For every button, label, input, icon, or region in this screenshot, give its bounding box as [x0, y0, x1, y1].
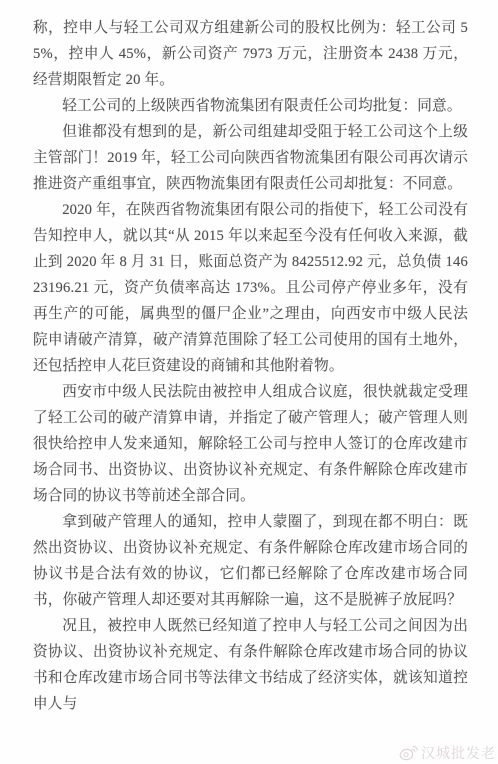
- paragraph: 况且，被控申人既然已经知道了控申人与轻工公司之间因为出资协议、出资协议补充规定、…: [33, 613, 468, 717]
- paragraph: 但谁都没有想到的是，新公司组建却受阻于轻工公司这个上级主管部门！2019 年，轻…: [33, 119, 468, 197]
- paragraph: 西安市中级人民法院由被控申人组成合议庭，很快就裁定受理了轻工公司的破产清算申请，…: [33, 379, 468, 509]
- paragraph: 轻工公司的上级陕西省物流集团有限责任公司均批复：同意。: [33, 93, 468, 119]
- document-page: 称，控申人与轻工公司双方组建新公司的股权比例为：轻工公司 55%，控申人 45%…: [0, 0, 498, 764]
- document-body: 称，控申人与轻工公司双方组建新公司的股权比例为：轻工公司 55%，控申人 45%…: [33, 15, 468, 717]
- watermark-text: 汉城批发老: [421, 745, 496, 761]
- paragraph: 称，控申人与轻工公司双方组建新公司的股权比例为：轻工公司 55%，控申人 45%…: [33, 15, 468, 93]
- paragraph: 2020 年，在陕西省物流集团有限公司的指使下，轻工公司没有告知控申人，就以其“…: [33, 197, 468, 379]
- watermark: 汉城批发老: [399, 745, 496, 761]
- paragraph: 拿到破产管理人的通知，控申人蒙圈了，到现在都不明白：既然出资协议、出资协议补充规…: [33, 509, 468, 613]
- weibo-icon: [399, 745, 418, 761]
